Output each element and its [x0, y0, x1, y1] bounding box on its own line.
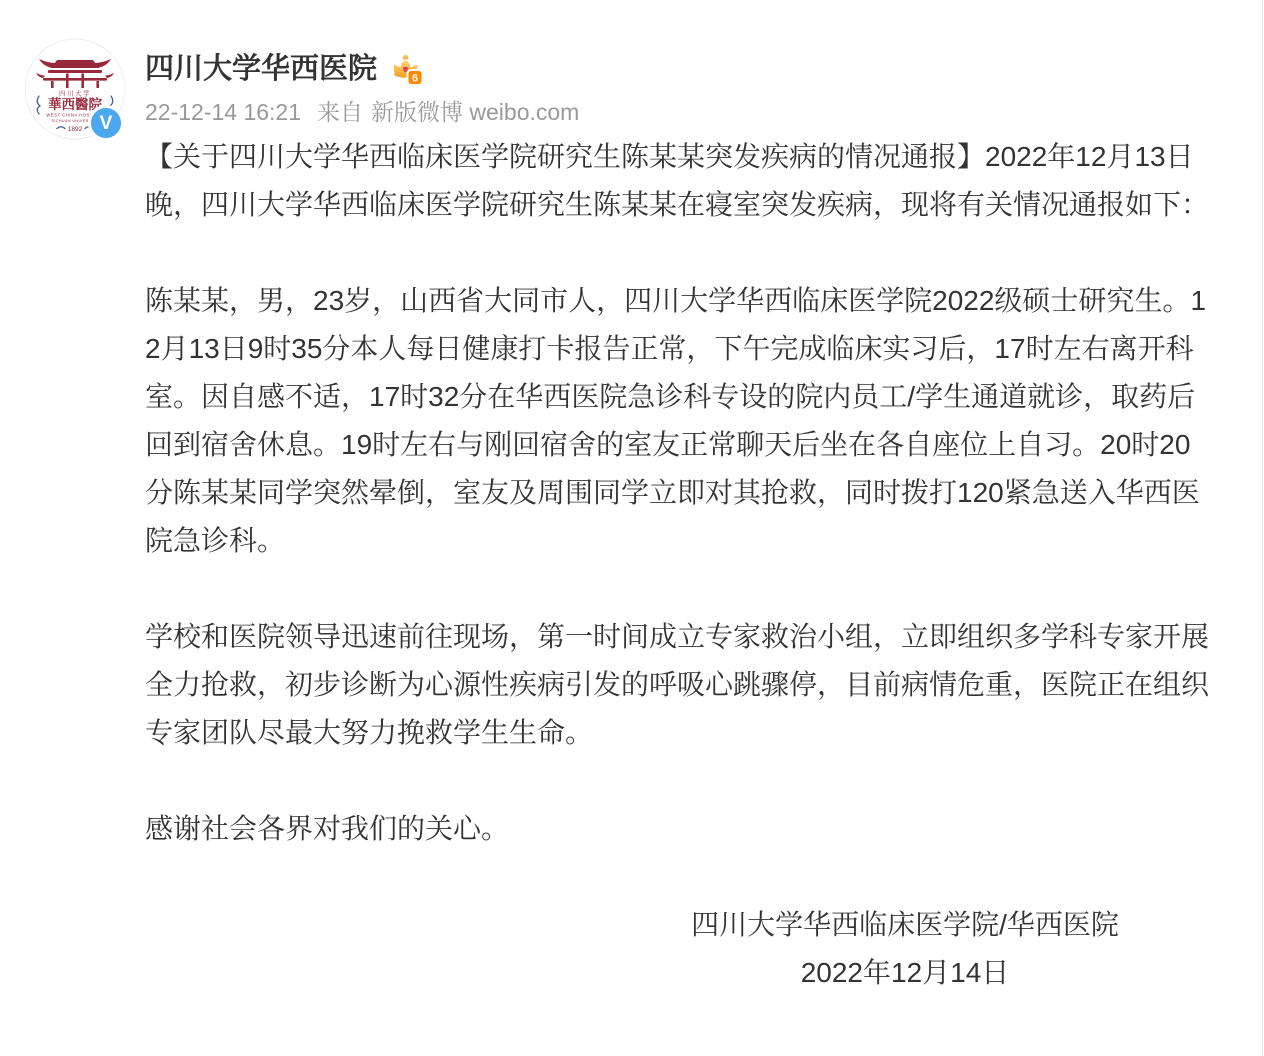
- author-name[interactable]: 四川大学华西医院: [145, 50, 377, 88]
- vip-crown-icon[interactable]: 6: [387, 51, 425, 87]
- signature-block: 四川大学华西临床医学院/华西医院 2022年12月14日: [600, 901, 1210, 997]
- post-content: 【关于四川大学华西临床医学院研究生陈某某突发疾病的情况通报】2022年12月13…: [145, 133, 1210, 997]
- header-text: 四川大学华西医院 6: [145, 38, 579, 126]
- post-meta: 22-12-14 16:21来自新版微博 weibo.com: [145, 98, 579, 126]
- logo-text-year: 1892: [68, 126, 83, 133]
- post-timestamp[interactable]: 22-12-14 16:21: [145, 99, 301, 125]
- source-prefix-label: 来自: [317, 99, 363, 125]
- paragraph-3: 学校和医院领导迅速前往现场，第一时间成立专家救治小组，立即组织多学科专家开展全力…: [145, 613, 1210, 757]
- signature-date: 2022年12月14日: [600, 949, 1210, 997]
- verified-badge-icon: V: [88, 105, 124, 141]
- paragraph-2: 陈某某，男，23岁，山西省大同市人，四川大学华西临床医学院2022级硕士研究生。…: [145, 277, 1210, 565]
- name-row: 四川大学华西医院 6: [145, 50, 579, 88]
- paragraph-4: 感谢社会各界对我们的关心。: [145, 805, 1210, 853]
- paragraph-1: 【关于四川大学华西临床医学院研究生陈某某突发疾病的情况通报】2022年12月13…: [145, 133, 1210, 229]
- avatar[interactable]: 四川大学 華西醫院 WEST CHINA HOSPITAL SICHUAN UN…: [24, 38, 126, 140]
- post-header: 四川大学 華西醫院 WEST CHINA HOSPITAL SICHUAN UN…: [24, 38, 579, 140]
- post-source-link[interactable]: 新版微博 weibo.com: [371, 99, 579, 125]
- card-right-border: [1262, 0, 1263, 1056]
- vip-level-number: 6: [412, 73, 418, 85]
- signature-issuer: 四川大学华西临床医学院/华西医院: [600, 901, 1210, 949]
- verified-letter: V: [100, 114, 113, 133]
- weibo-post-page: 四川大学 華西醫院 WEST CHINA HOSPITAL SICHUAN UN…: [0, 0, 1264, 1056]
